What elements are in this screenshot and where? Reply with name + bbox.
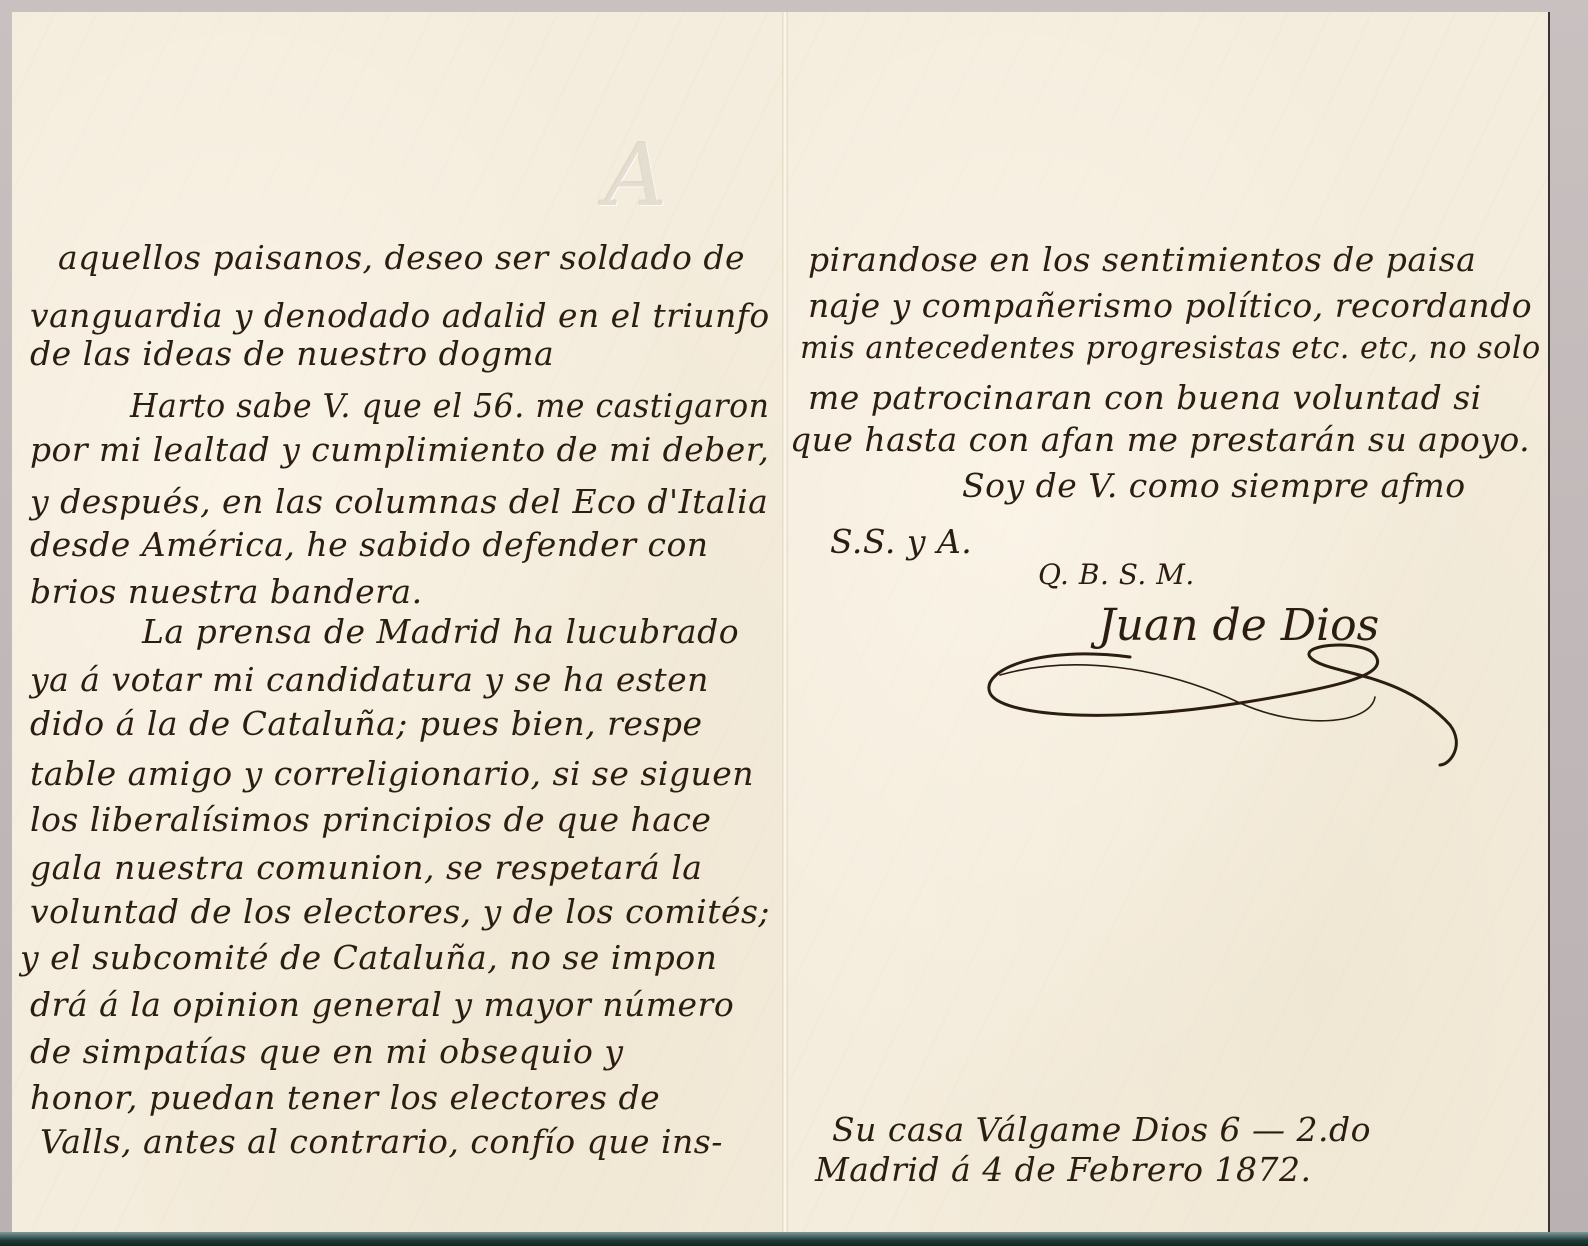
right-line-4: me patrocinaran con buena voluntad si xyxy=(808,378,1482,417)
left-line-9: La prensa de Madrid ha lucubrado xyxy=(142,612,739,651)
signature-flourish-icon xyxy=(980,615,1480,775)
scan-bottom-edge xyxy=(0,1232,1588,1246)
right-line-3: mis antecedentes progresistas etc. etc, … xyxy=(800,330,1541,366)
left-line-11: dido á la de Cataluña; pues bien, respe xyxy=(30,704,703,743)
left-line-10: ya á votar mi candidatura y se ha esten xyxy=(30,660,709,699)
left-line-19: honor, puedan tener los electores de xyxy=(30,1078,660,1117)
left-line-12: table amigo y correligionario, si se sig… xyxy=(30,754,754,793)
left-line-2: vanguardia y denodado adalid en el triun… xyxy=(30,296,770,335)
embossed-monogram: A xyxy=(598,126,674,226)
left-line-13: los liberalísimos principios de que hace xyxy=(30,800,711,839)
right-line-2: naje y compañerismo político, recordando xyxy=(808,286,1532,325)
left-line-16: y el subcomité de Cataluña, no se impon xyxy=(20,938,717,977)
left-line-20: Valls, antes al contrario, confío que in… xyxy=(40,1122,723,1161)
left-line-14: gala nuestra comunion, se respetará la xyxy=(30,848,702,887)
left-line-6: y después, en las columnas del Eco d'Ita… xyxy=(30,482,768,521)
date-line: Madrid á 4 de Febrero 1872. xyxy=(815,1150,1311,1189)
left-line-3: de las ideas de nuestro dogma xyxy=(30,334,554,373)
left-line-18: de simpatías que en mi obsequio y xyxy=(30,1032,624,1071)
page-fold xyxy=(782,12,788,1233)
closing-abbrev-ssya: S.S. y A. xyxy=(830,522,972,561)
left-line-7: desde América, he sabido defender con xyxy=(30,525,709,564)
closing-line: Soy de V. como siempre afmo xyxy=(962,466,1466,505)
left-line-4: Harto sabe V. que el 56. me castigaron xyxy=(130,386,769,425)
left-line-17: drá á la opinion general y mayor número xyxy=(30,985,734,1024)
left-line-15: voluntad de los electores, y de los comi… xyxy=(30,892,770,931)
left-line-8: brios nuestra bandera. xyxy=(30,572,423,611)
address-line: Su casa Válgame Dios 6 — 2.do xyxy=(832,1110,1371,1149)
left-line-1: aquellos paisanos, deseo ser soldado de xyxy=(58,238,758,277)
right-line-1: pirandose en los sentimientos de paisa xyxy=(808,240,1476,279)
right-line-5: que hasta con afan me prestarán su apoyo… xyxy=(790,420,1530,459)
left-line-5: por mi lealtad y cumplimiento de mi debe… xyxy=(30,430,769,469)
closing-abbrev-qbsm: Q. B. S. M. xyxy=(1038,558,1195,591)
